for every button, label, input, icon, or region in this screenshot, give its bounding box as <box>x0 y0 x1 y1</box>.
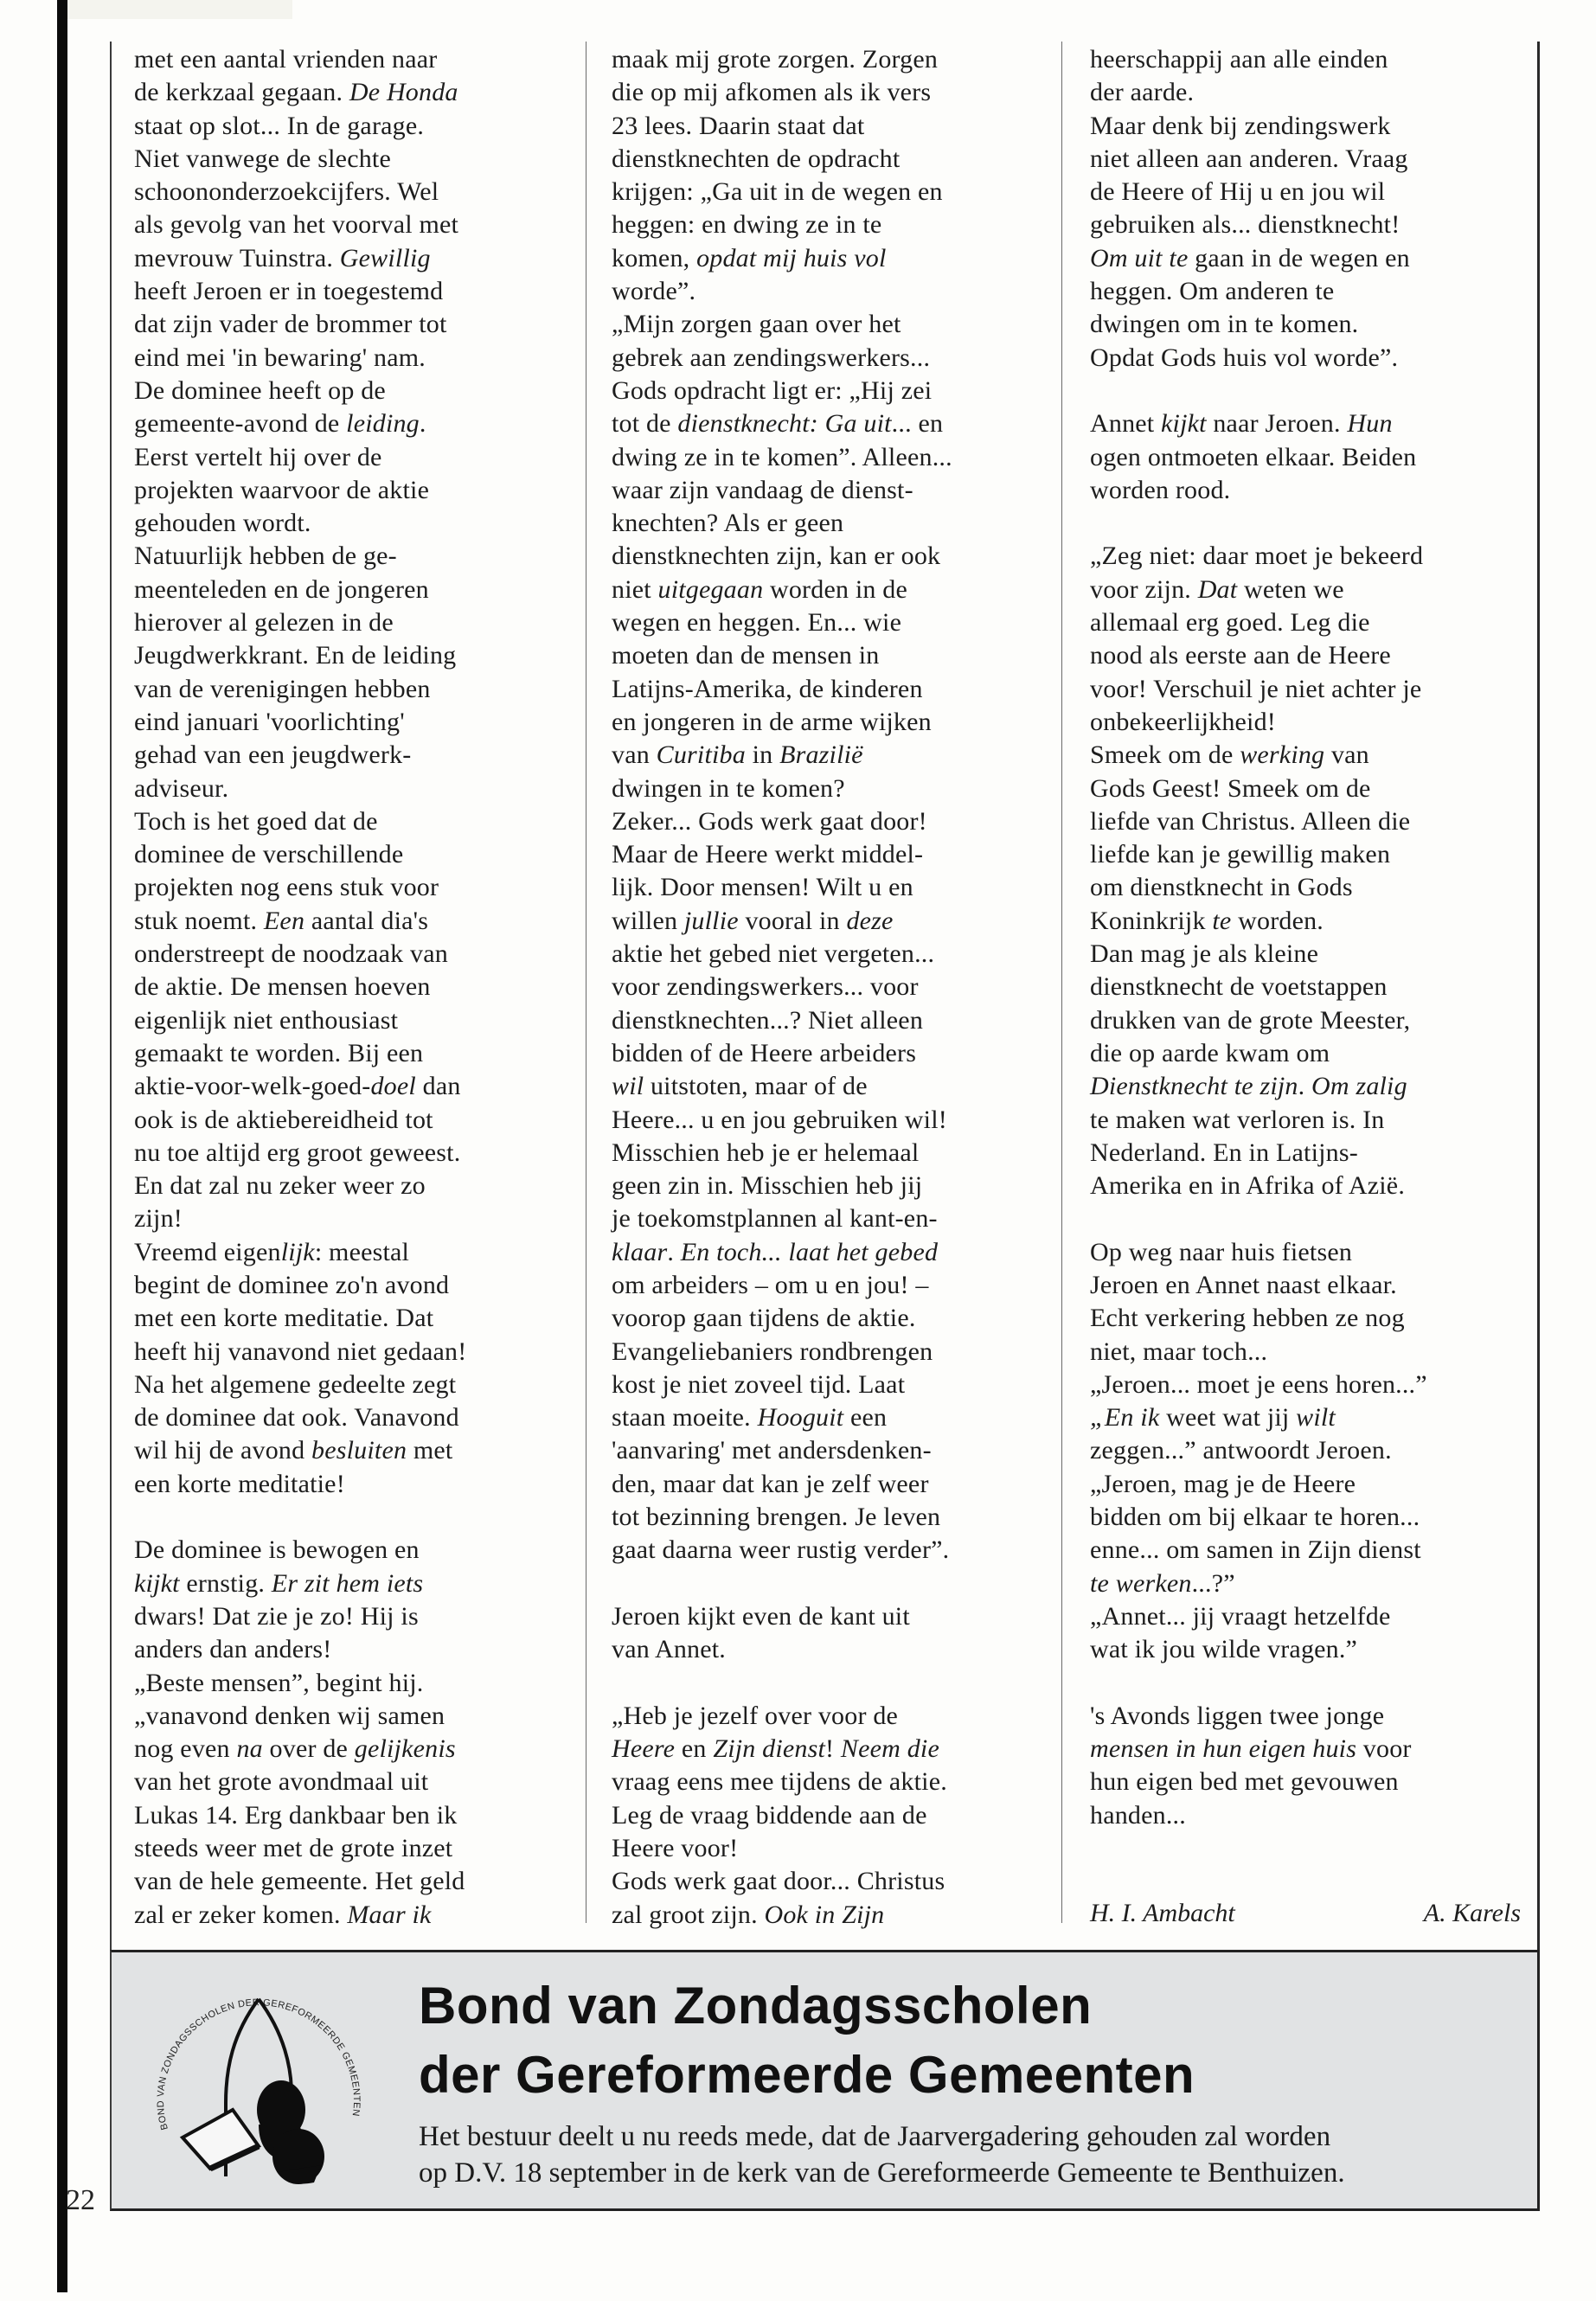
text-line: allemaal erg goed. Leg die <box>1090 606 1540 639</box>
text-line: Heere... u en jou gebruiken wil! <box>612 1104 1061 1137</box>
text-line: „Jeroen, mag je de Heere <box>1090 1468 1540 1501</box>
text-line: tot de dienstknecht: Ga uit... en <box>612 407 1061 440</box>
text-line: nog even na over de gelijkenis <box>134 1733 584 1766</box>
text-line: staan moeite. Hooguit een <box>612 1401 1061 1434</box>
text-line: om arbeiders – om u en jou! – <box>612 1269 1061 1302</box>
text-line: te werken...?” <box>1090 1567 1540 1600</box>
text-line: handen... <box>1090 1799 1540 1832</box>
text-line: dat zijn vader de brommer tot <box>134 308 584 341</box>
text-line: dwingen in te komen? <box>612 772 1061 805</box>
text-line: gemeente-avond de leiding. <box>134 407 584 440</box>
text-line: gaat daarna weer rustig verder”. <box>612 1534 1061 1567</box>
text-line: de Heere of Hij u en jou wil <box>1090 176 1540 208</box>
text-line: kijkt ernstig. Er zit hem iets <box>134 1567 584 1600</box>
text-line: Heere voor! <box>612 1832 1061 1865</box>
text-line: Dienstknecht te zijn. Om zalig <box>1090 1070 1540 1103</box>
text-line: ogen ontmoeten elkaar. Beiden <box>1090 441 1540 474</box>
text-line: en jongeren in de arme wijken <box>612 706 1061 739</box>
text-line: komen, opdat mij huis vol <box>612 242 1061 275</box>
text-line: eigenlijk niet enthousiast <box>134 1004 584 1037</box>
text-line: heggen: en dwing ze in te <box>612 208 1061 241</box>
text-line: Jeroen en Annet naast elkaar. <box>1090 1269 1540 1302</box>
text-line: niet, maar toch... <box>1090 1336 1540 1368</box>
text-line: bidden om bij elkaar te horen... <box>1090 1501 1540 1534</box>
text-line: „Zeg niet: daar moet je bekeerd <box>1090 540 1540 573</box>
text-line: Annet kijkt naar Jeroen. Hun <box>1090 407 1540 440</box>
text-line: zal er zeker komen. Maar ik <box>134 1899 584 1932</box>
text-line: En dat zal nu zeker weer zo <box>134 1170 584 1202</box>
text-line: Dan mag je als kleine <box>1090 938 1540 971</box>
text-line: Toch is het goed dat de <box>134 805 584 838</box>
text-line: gebrek aan zendingswerkers... <box>612 342 1061 375</box>
text-line: „En ik weet wat jij wilt <box>1090 1401 1540 1434</box>
text-line: een korte meditatie! <box>134 1468 584 1501</box>
text-line: gebruiken als... dienstknecht! <box>1090 208 1540 241</box>
text-line: voor zendingswerkers... voor <box>612 971 1061 1003</box>
text-line: krijgen: „Ga uit in de wegen en <box>612 176 1061 208</box>
banner-title-line-2: der Gereformeerde Gemeenten <box>419 2044 1195 2106</box>
text-line: projekten nog eens stuk voor <box>134 871 584 904</box>
text-line: liefde kan je gewillig maken <box>1090 838 1540 871</box>
text-line: Om uit te gaan in de wegen en <box>1090 242 1540 275</box>
column-divider <box>1061 42 1062 1923</box>
text-line: Eerst vertelt hij over de <box>134 441 584 474</box>
text-line: Opdat Gods huis vol worde”. <box>1090 342 1540 375</box>
text-line: je toekomstplannen al kant-en- <box>612 1202 1061 1235</box>
text-line: Lukas 14. Erg dankbaar ben ik <box>134 1799 584 1832</box>
article-column-1: met een aantal vrienden naarde kerkzaal … <box>134 43 584 1932</box>
text-line: staat op slot... In de garage. <box>134 110 584 143</box>
text-line: heggen. Om anderen te <box>1090 275 1540 308</box>
text-line: De dominee is bewogen en <box>134 1534 584 1567</box>
text-line: van Curitiba in Brazilië <box>612 739 1061 772</box>
text-line: der aarde. <box>1090 76 1540 109</box>
text-line: Maar denk bij zendingswerk <box>1090 110 1540 143</box>
signature-place: H. I. Ambacht <box>1090 1899 1235 1928</box>
text-line: wegen en heggen. En... wie <box>612 606 1061 639</box>
text-line: dienstknechten zijn, kan er ook <box>612 540 1061 573</box>
text-line: mevrouw Tuinstra. Gewillig <box>134 242 584 275</box>
text-line: dwing ze in te komen”. Alleen... <box>612 441 1061 474</box>
text-line: heeft Jeroen er in toegestemd <box>134 275 584 308</box>
banner-title-line-1: Bond van Zondagsscholen <box>419 1975 1092 2037</box>
text-line: „Heb je jezelf over voor de <box>612 1700 1061 1733</box>
text-line: schoononderzoekcijfers. Wel <box>134 176 584 208</box>
text-line: Zeker... Gods werk gaat door! <box>612 805 1061 838</box>
text-line: begint de dominee zo'n avond <box>134 1269 584 1302</box>
text-line: eind januari 'voorlichting' <box>134 706 584 739</box>
text-line: Nederland. En in Latijns- <box>1090 1137 1540 1170</box>
text-line: lijk. Door mensen! Wilt u en <box>612 871 1061 904</box>
text-line: Leg de vraag biddende aan de <box>612 1799 1061 1832</box>
text-line <box>1090 507 1540 540</box>
text-line <box>1090 375 1540 407</box>
text-line: den, maar dat kan je zelf weer <box>612 1468 1061 1501</box>
article-column-2: maak mij grote zorgen. Zorgendie op mij … <box>612 43 1061 1932</box>
text-line: niet alleen aan anderen. Vraag <box>1090 143 1540 176</box>
text-line: steeds weer met de grote inzet <box>134 1832 584 1865</box>
text-line: 's Avonds liggen twee jonge <box>1090 1700 1540 1733</box>
text-line: „Mijn zorgen gaan over het <box>612 308 1061 341</box>
text-line: de aktie. De mensen hoeven <box>134 971 584 1003</box>
text-line: dwingen om in te komen. <box>1090 308 1540 341</box>
text-line: adviseur. <box>134 772 584 805</box>
text-line: te maken wat verloren is. In <box>1090 1104 1540 1137</box>
text-line: onbekeerlijkheid! <box>1090 706 1540 739</box>
text-line: voorop gaan tijdens de aktie. <box>612 1302 1061 1335</box>
text-line: 'aanvaring' met andersdenken- <box>612 1434 1061 1467</box>
text-line: dominee de verschillende <box>134 838 584 871</box>
text-line: dwars! Dat zie je zo! Hij is <box>134 1600 584 1633</box>
text-line: vraag eens mee tijdens de aktie. <box>612 1766 1061 1798</box>
column-divider <box>586 42 586 1923</box>
text-line: kost je niet zoveel tijd. Laat <box>612 1368 1061 1401</box>
text-line: maak mij grote zorgen. Zorgen <box>612 43 1061 76</box>
text-line: nu toe altijd erg groot geweest. <box>134 1137 584 1170</box>
text-line: gehad van een jeugdwerk- <box>134 739 584 772</box>
text-line: bidden of de Heere arbeiders <box>612 1037 1061 1070</box>
text-line: De dominee heeft op de <box>134 375 584 407</box>
text-line: Evangeliebaniers rondbrengen <box>612 1336 1061 1368</box>
text-line: Gods Geest! Smeek om de <box>1090 772 1540 805</box>
banner-body-line-1: Het bestuur deelt u nu reeds mede, dat d… <box>419 2118 1345 2155</box>
text-line: voor zijn. Dat weten we <box>1090 574 1540 606</box>
text-line: hierover al gelezen in de <box>134 606 584 639</box>
text-line: Jeroen kijkt even de kant uit <box>612 1600 1061 1633</box>
text-line: aktie-voor-welk-goed-doel dan <box>134 1070 584 1103</box>
text-line: met een aantal vrienden naar <box>134 43 584 76</box>
text-line: „Jeroen... moet je eens horen...” <box>1090 1368 1540 1401</box>
text-line: anders dan anders! <box>134 1633 584 1666</box>
text-line: zeggen...” antwoordt Jeroen. <box>1090 1434 1540 1467</box>
text-line: van Annet. <box>612 1633 1061 1666</box>
text-line: geen zin in. Misschien heb jij <box>612 1170 1061 1202</box>
text-line: gehouden wordt. <box>134 507 584 540</box>
text-line: zijn! <box>134 1202 584 1235</box>
text-line: tot bezinning brengen. Je leven <box>612 1501 1061 1534</box>
text-line: eind mei 'in bewaring' nam. <box>134 342 584 375</box>
text-line: Echt verkering hebben ze nog <box>1090 1302 1540 1335</box>
sunday-school-logo-icon: BOND VAN ZONDAGSSCHOLEN DER GEREFORMEERD… <box>129 1965 388 2198</box>
text-line: Smeek om de werking van <box>1090 739 1540 772</box>
text-line: om dienstknecht in Gods <box>1090 871 1540 904</box>
text-line: waar zijn vandaag de dienst- <box>612 474 1061 507</box>
text-line: Niet vanwege de slechte <box>134 143 584 176</box>
text-line: worden rood. <box>1090 474 1540 507</box>
text-line: heeft hij vanavond niet gedaan! <box>134 1336 584 1368</box>
text-line: willen jullie vooral in deze <box>612 905 1061 938</box>
text-line: worde”. <box>612 275 1061 308</box>
text-line: Heere en Zijn dienst! Neem die <box>612 1733 1061 1766</box>
text-line: met een korte meditatie. Dat <box>134 1302 584 1335</box>
text-line: aktie het gebed niet vergeten... <box>612 938 1061 971</box>
text-line: Jeugdwerkkrant. En de leiding <box>134 639 584 672</box>
text-line: Koninkrijk te worden. <box>1090 905 1540 938</box>
text-line: Gods werk gaat door... Christus <box>612 1865 1061 1898</box>
article-column-3: heerschappij aan alle eindender aarde.Ma… <box>1090 43 1540 1832</box>
text-line: wil uitstoten, maar of de <box>612 1070 1061 1103</box>
text-line <box>134 1501 584 1534</box>
text-line: gemaakt te worden. Bij een <box>134 1037 584 1070</box>
text-line: 23 lees. Daarin staat dat <box>612 110 1061 143</box>
text-line: stuk noemt. Een aantal dia's <box>134 905 584 938</box>
text-line: Natuurlijk hebben de ge- <box>134 540 584 573</box>
text-line: Maar de Heere werkt middel- <box>612 838 1061 871</box>
text-line: dienstknechten de opdracht <box>612 143 1061 176</box>
text-line: „vanavond denken wij samen <box>134 1700 584 1733</box>
text-line: moeten dan de mensen in <box>612 639 1061 672</box>
text-line: knechten? Als er geen <box>612 507 1061 540</box>
text-line: die op aarde kwam om <box>1090 1037 1540 1070</box>
page-spine-shadow <box>57 0 67 2292</box>
text-line: Vreemd eigenlijk: meestal <box>134 1236 584 1269</box>
page-top-edge <box>67 0 292 19</box>
text-line <box>1090 1202 1540 1235</box>
text-line: ook is de aktiebereidheid tot <box>134 1104 584 1137</box>
text-line: drukken van de grote Meester, <box>1090 1004 1540 1037</box>
text-line: wil hij de avond besluiten met <box>134 1434 584 1467</box>
text-line: van de verenigingen hebben <box>134 673 584 706</box>
text-line: van de hele gemeente. Het geld <box>134 1865 584 1898</box>
text-line: projekten waarvoor de aktie <box>134 474 584 507</box>
text-line: hun eigen bed met gevouwen <box>1090 1766 1540 1798</box>
text-line: enne... om samen in Zijn dienst <box>1090 1534 1540 1567</box>
text-line: Na het algemene gedeelte zegt <box>134 1368 584 1401</box>
text-line: zal groot zijn. Ook in Zijn <box>612 1899 1061 1932</box>
text-line: Latijns-Amerika, de kinderen <box>612 673 1061 706</box>
text-line: klaar. En toch... laat het gebed <box>612 1236 1061 1269</box>
text-line: Gods opdracht ligt er: „Hij zei <box>612 375 1061 407</box>
text-line: dienstknecht de voetstappen <box>1090 971 1540 1003</box>
text-line: als gevolg van het voorval met <box>134 208 584 241</box>
signature-author: A. Karels <box>1424 1899 1521 1928</box>
text-line: „Annet... jij vraagt hetzelfde <box>1090 1600 1540 1633</box>
text-line: meenteleden en de jongeren <box>134 574 584 606</box>
text-line: dienstknechten...? Niet alleen <box>612 1004 1061 1037</box>
text-line: heerschappij aan alle einden <box>1090 43 1540 76</box>
text-line <box>612 1667 1061 1700</box>
text-line: Misschien heb je er helemaal <box>612 1137 1061 1170</box>
text-line: Op weg naar huis fietsen <box>1090 1236 1540 1269</box>
text-line: de kerkzaal gegaan. De Honda <box>134 76 584 109</box>
text-line: liefde van Christus. Alleen die <box>1090 805 1540 838</box>
text-line: Amerika en in Afrika of Azië. <box>1090 1170 1540 1202</box>
text-line: „Beste mensen”, begint hij. <box>134 1667 584 1700</box>
page-number: 22 <box>66 2184 95 2217</box>
text-line: nood als eerste aan de Heere <box>1090 639 1540 672</box>
text-line <box>612 1567 1061 1600</box>
text-line: voor! Verschuil je niet achter je <box>1090 673 1540 706</box>
text-line: wat ik jou wilde vragen.” <box>1090 1633 1540 1666</box>
announcement-banner: BOND VAN ZONDAGSSCHOLEN DER GEREFORMEERD… <box>110 1950 1540 2211</box>
text-line: van het grote avondmaal uit <box>134 1766 584 1798</box>
banner-announcement-text: Het bestuur deelt u nu reeds mede, dat d… <box>419 2118 1345 2191</box>
text-line: niet uitgegaan worden in de <box>612 574 1061 606</box>
text-line <box>1090 1667 1540 1700</box>
text-line: onderstreept de noodzaak van <box>134 938 584 971</box>
text-line: de dominee dat ook. Vanavond <box>134 1401 584 1434</box>
text-line: die op mij afkomen als ik vers <box>612 76 1061 109</box>
text-line: mensen in hun eigen huis voor <box>1090 1733 1540 1766</box>
banner-body-line-2: op D.V. 18 september in de kerk van de G… <box>419 2155 1345 2191</box>
